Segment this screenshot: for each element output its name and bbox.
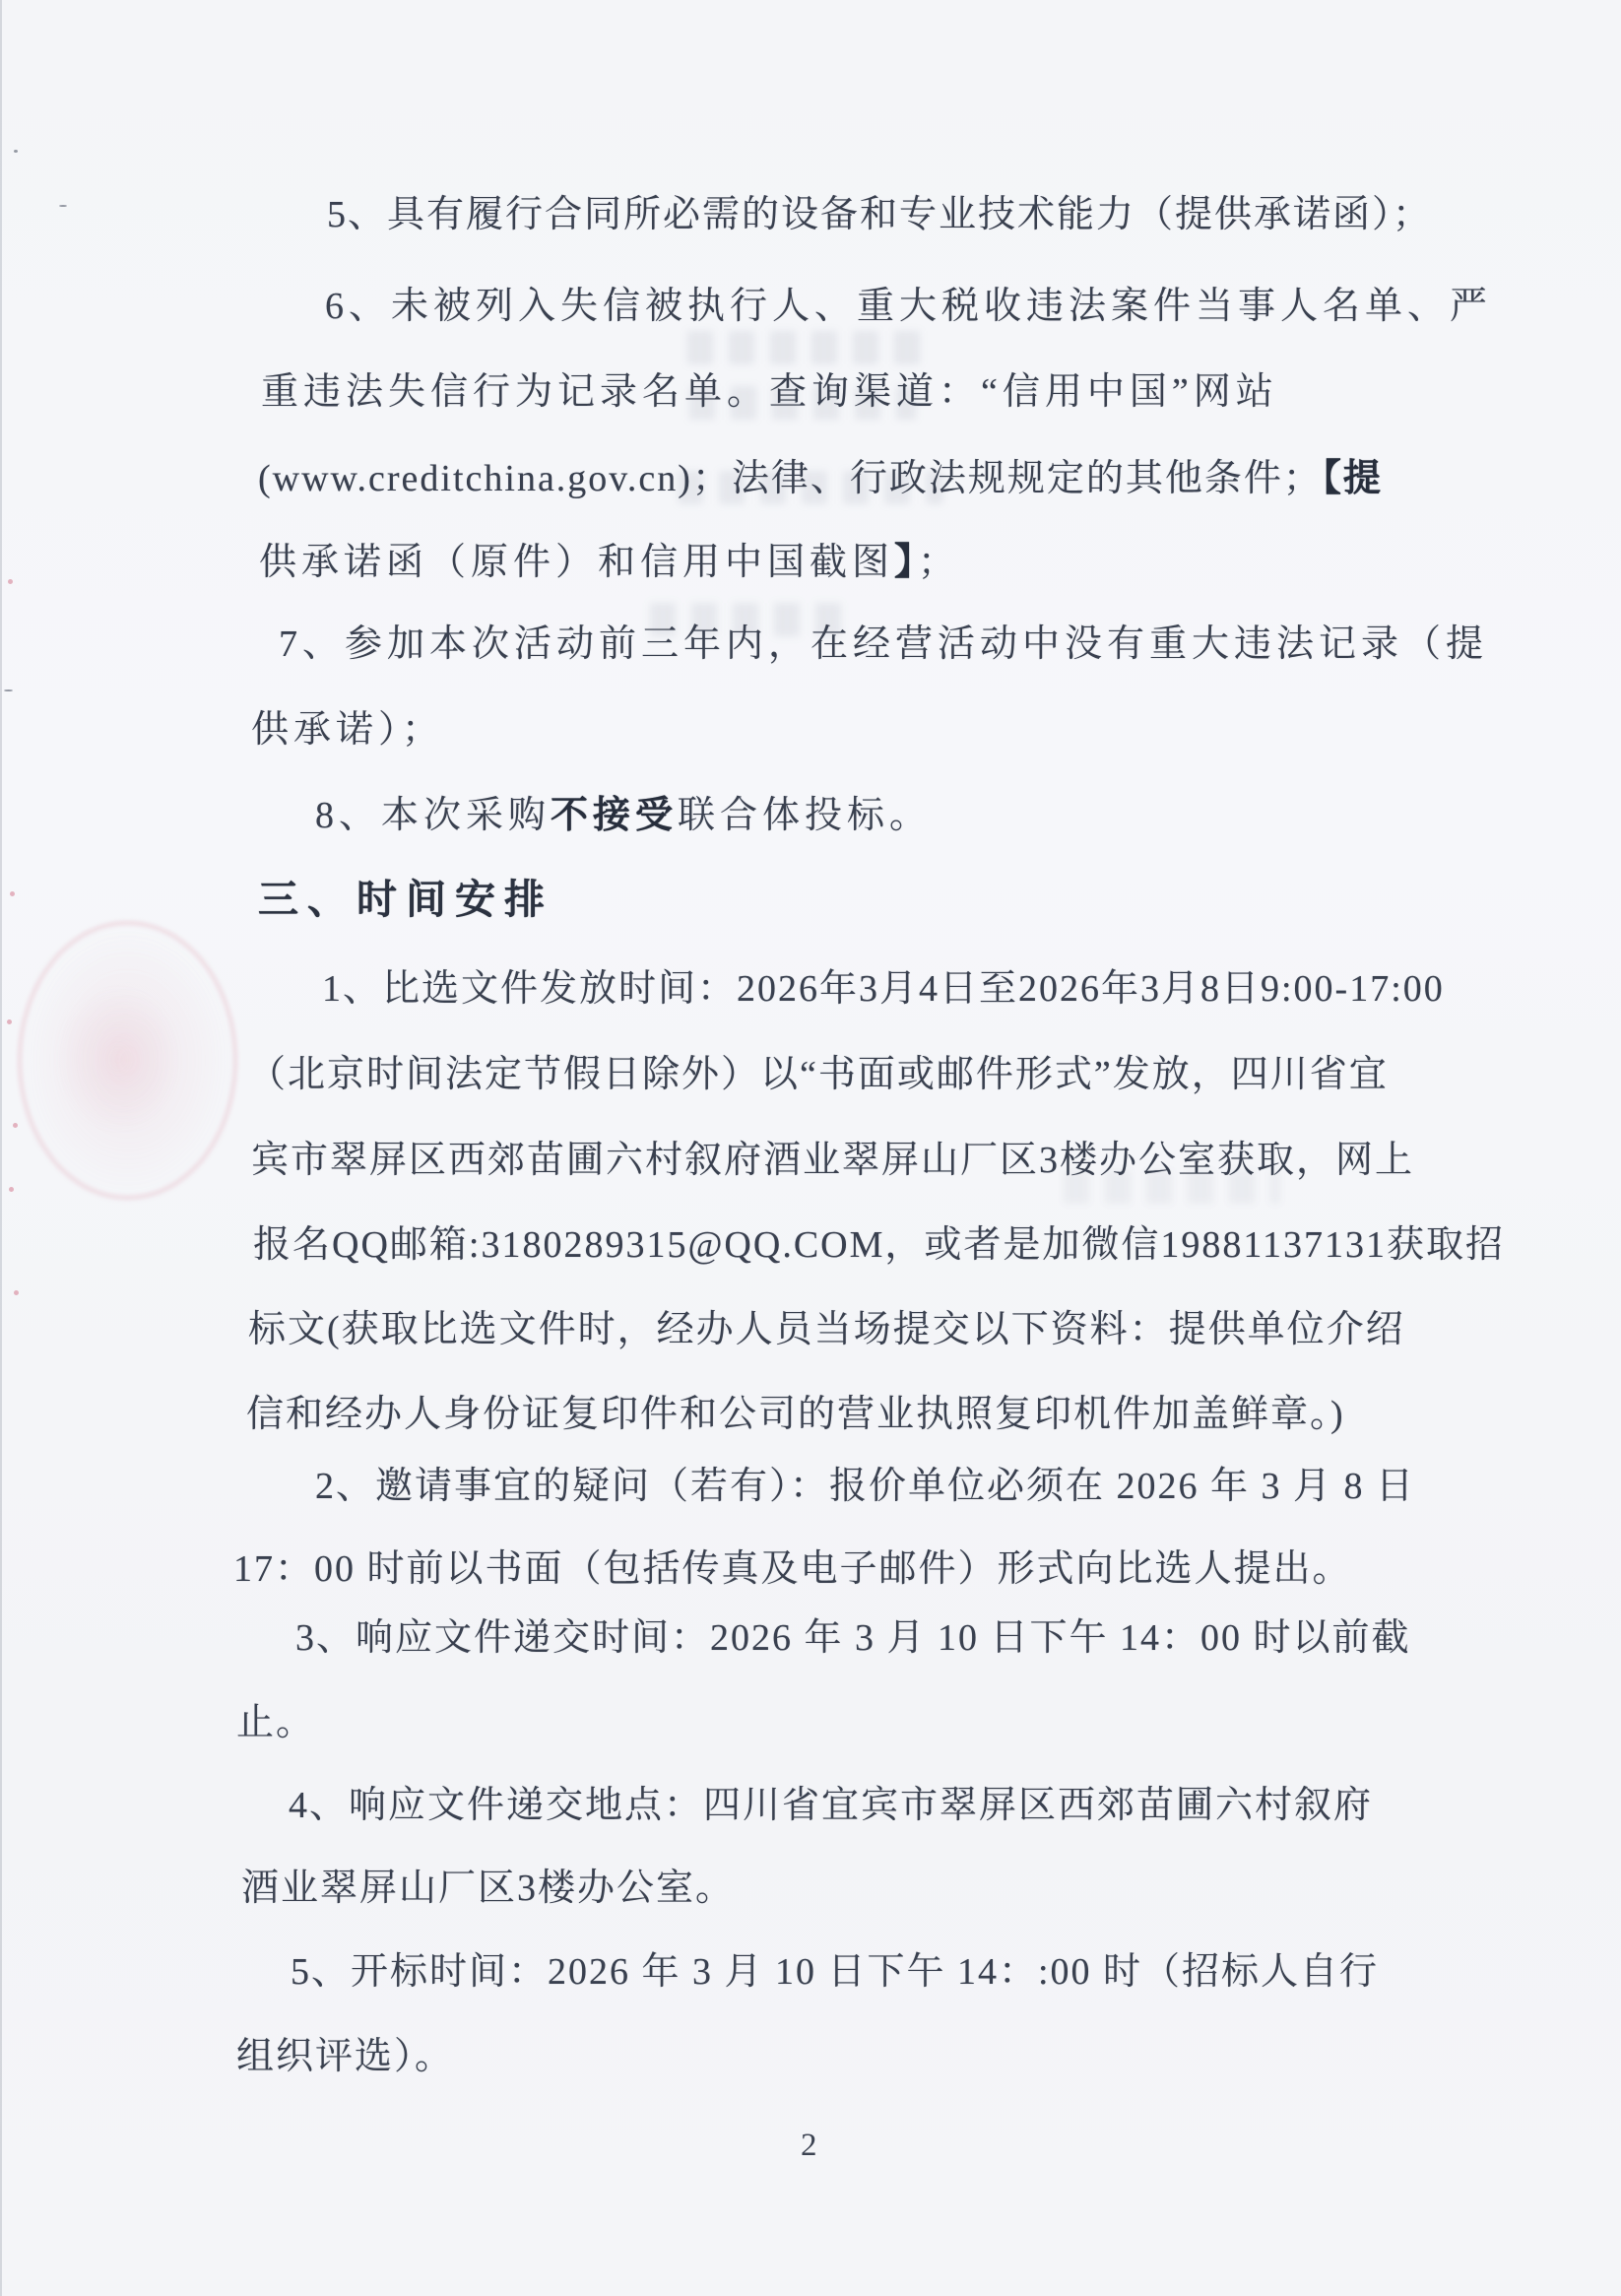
red-speck (9, 1187, 14, 1192)
item-6-line-3: (www.creditchina.gov.cn)；法律、行政法规规定的其他条件；… (258, 456, 1383, 501)
ink-speck (59, 205, 67, 207)
item-6-line-2: 重违法失信行为记录名单。查询渠道：“信用中国”网站 (261, 369, 1278, 415)
item-6-line-1: 6、未被列入失信被执行人、重大税收违法案件当事人名单、严 (325, 284, 1492, 329)
item-6-line-3-main: (www.creditchina.gov.cn)；法律、行政法规规定的其他条件； (258, 458, 1323, 499)
red-seal-stamp-inner (54, 985, 182, 1133)
item-5-line: 5、具有履行合同所必需的设备和专业技术能力（提供承诺函）； (327, 192, 1432, 237)
time-item-5-line-2: 组织评选）。 (236, 2034, 454, 2079)
time-item-3-line-1: 3、响应文件递交时间：2026 年 3 月 10 日下午 14：00 时以前截 (295, 1615, 1411, 1661)
scanner-edge-line (0, 0, 2, 2296)
item-7-line-2: 供承诺）； (251, 707, 444, 753)
time-item-1-line-4: 报名QQ邮箱:3180289315@QQ.COM，或者是加微信198811371… (253, 1222, 1505, 1268)
item-6-line-3-bracket: 【提 (1323, 458, 1383, 499)
item-8-line: 8、本次采购不接受联合体投标。 (315, 793, 932, 838)
time-item-1-line-1: 1、比选文件发放时间：2026年3月4日至2026年3月8日9:00-17:00 (322, 966, 1445, 1012)
item-8-prefix: 8、本次采购 (315, 795, 551, 836)
item-6-line-4-main: 供承诺函（原件）和信用中国截图 (259, 542, 894, 583)
red-speck (14, 1290, 19, 1295)
time-item-1-line-5: 标文(获取比选文件时，经办人员当场提交以下资料：提供单位介绍 (248, 1307, 1405, 1352)
item-6-line-4-bracket: 】 (894, 542, 918, 583)
time-item-2-line-2: 17：00 时前以书面（包括传真及电子邮件）形式向比选人提出。 (233, 1546, 1352, 1592)
time-item-4-line-1: 4、响应文件递交地点：四川省宜宾市翠屏区西郊苗圃六村叙府 (289, 1783, 1373, 1828)
red-speck (10, 891, 15, 896)
ink-speck (4, 689, 13, 691)
red-speck (13, 1123, 18, 1128)
time-item-4-line-2: 酒业翠屏山厂区3楼办公室。 (241, 1866, 735, 1911)
page-number: 2 (801, 2128, 818, 2164)
red-speck (7, 1019, 12, 1024)
time-item-2-line-1: 2、邀请事宜的疑问（若有）：报价单位必须在 2026 年 3 月 8 日 (315, 1464, 1415, 1509)
time-item-1-line-2: （北京时间法定节假日除外）以“书面或邮件形式”发放，四川省宜 (248, 1052, 1389, 1097)
red-speck (8, 579, 13, 584)
bleedthrough-smudge (687, 331, 934, 364)
item-6-line-4-tail: ； (918, 542, 960, 583)
ink-speck (14, 150, 18, 153)
time-item-1-line-3: 宾市翠屏区西郊苗圃六村叙府酒业翠屏山厂区3楼办公室获取，网上 (251, 1138, 1414, 1183)
time-item-5-line-1: 5、开标时间：2026 年 3 月 10 日下午 14：:00 时（招标人自行 (291, 1949, 1379, 1995)
document-page: 5、具有履行合同所必需的设备和专业技术能力（提供承诺函）； 6、未被列入失信被执… (0, 0, 1621, 2296)
time-item-3-line-2: 止。 (236, 1700, 315, 1745)
time-item-1-line-6: 信和经办人身份证复印件和公司的营业执照复印机件加盖鲜章。) (246, 1392, 1345, 1437)
item-8-bold: 不接受 (551, 795, 678, 836)
item-7-line-1: 7、参加本次活动前三年内，在经营活动中没有重大违法记录（提 (279, 622, 1488, 667)
section-heading-time-schedule: 三、时间安排 (258, 877, 553, 922)
item-8-suffix: 联合体投标。 (678, 795, 932, 836)
item-6-line-4: 供承诺函（原件）和信用中国截图】； (259, 540, 960, 585)
